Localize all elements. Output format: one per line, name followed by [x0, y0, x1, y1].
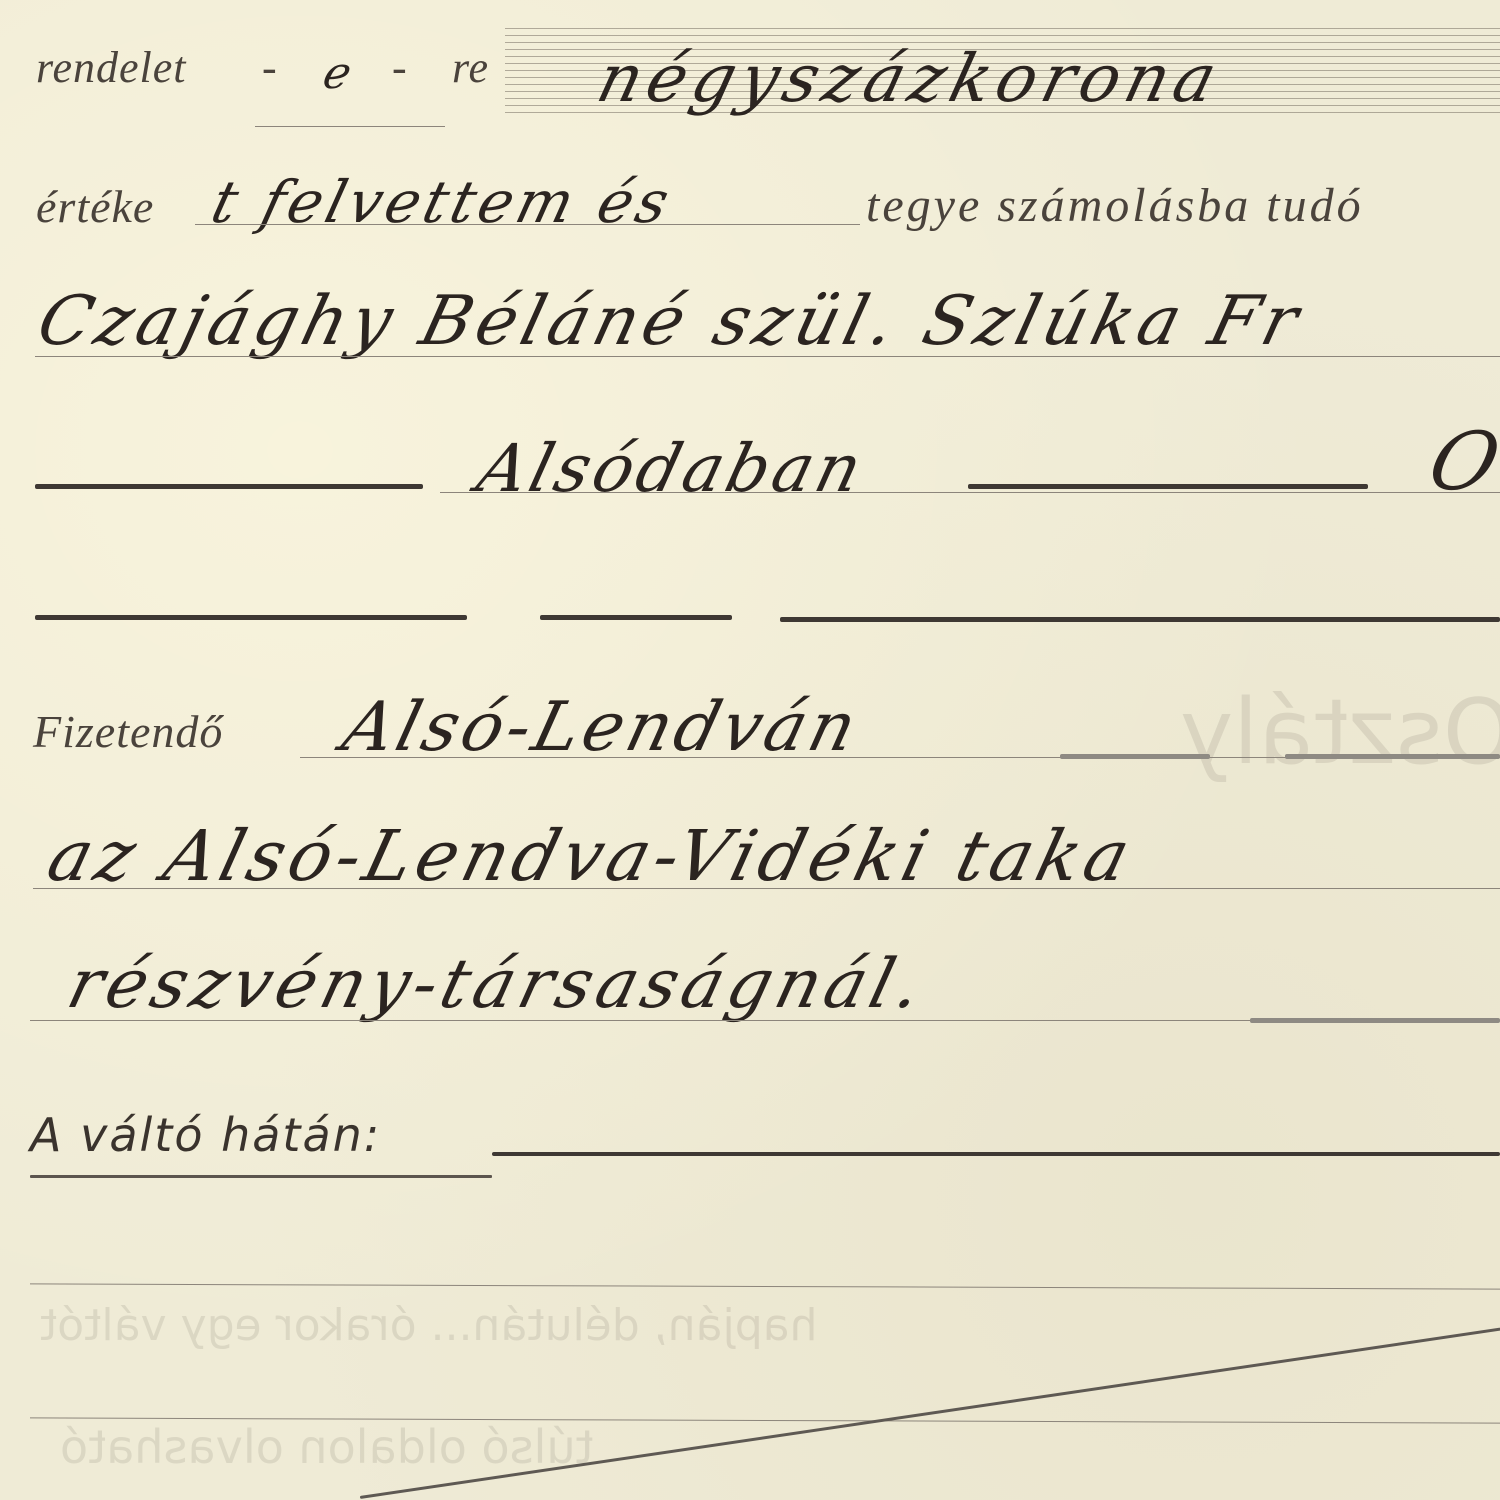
handwritten-felvettem: t felvettem és: [205, 168, 680, 236]
bleed-through-text-2: túlsó oldalon olvasható: [60, 1420, 594, 1474]
handwritten-company: részvény-társaságnál.: [60, 945, 934, 1024]
field-underline: [255, 126, 445, 127]
dash: -: [262, 42, 278, 93]
filler-line: [780, 617, 1500, 622]
dash: -: [392, 42, 408, 93]
bleed-through-word: Osztály: [1180, 680, 1500, 785]
filler-line: [968, 484, 1368, 489]
label-underline: [30, 1175, 492, 1178]
signature-line: [492, 1152, 1500, 1156]
filler-line: [1285, 754, 1500, 759]
filler-line: [1250, 1018, 1500, 1023]
field-underline: [33, 888, 1500, 889]
field-underline: [35, 356, 1500, 357]
bleed-through-text-1: hapján, délután... órakor egy váltót: [40, 1300, 818, 1351]
label-fizetendo: Fizetendő: [33, 705, 223, 758]
filler-line: [35, 484, 423, 489]
ruled-line: [30, 1283, 1500, 1289]
handwritten-right-letter: O: [1420, 415, 1500, 508]
handwritten-bank-name: az Alsó-Lendva-Vidéki taka: [40, 815, 1143, 897]
handwritten-e: e: [318, 48, 361, 99]
label-re: re: [452, 42, 489, 93]
field-underline: [440, 492, 1500, 493]
field-underline: [195, 224, 860, 225]
label-erteke: értéke: [36, 180, 154, 233]
handwritten-name: Czajághy Béláné szül. Szlúka Fr: [30, 282, 1311, 361]
label-rendelet: rendelet: [36, 42, 187, 93]
handwritten-payment-place: Alsó-Lendván: [335, 688, 868, 767]
filler-line: [540, 615, 732, 620]
handwritten-place: Alsóda­ban: [470, 430, 873, 507]
label-tegye-szamolasba: tegye számolásba tudó: [866, 178, 1364, 233]
filler-line: [35, 615, 467, 620]
handwritten-amount: négyszázkorona: [590, 40, 1230, 117]
filler-line: [1060, 754, 1210, 759]
label-valto-hatan: A váltó hátán:: [30, 1108, 381, 1162]
